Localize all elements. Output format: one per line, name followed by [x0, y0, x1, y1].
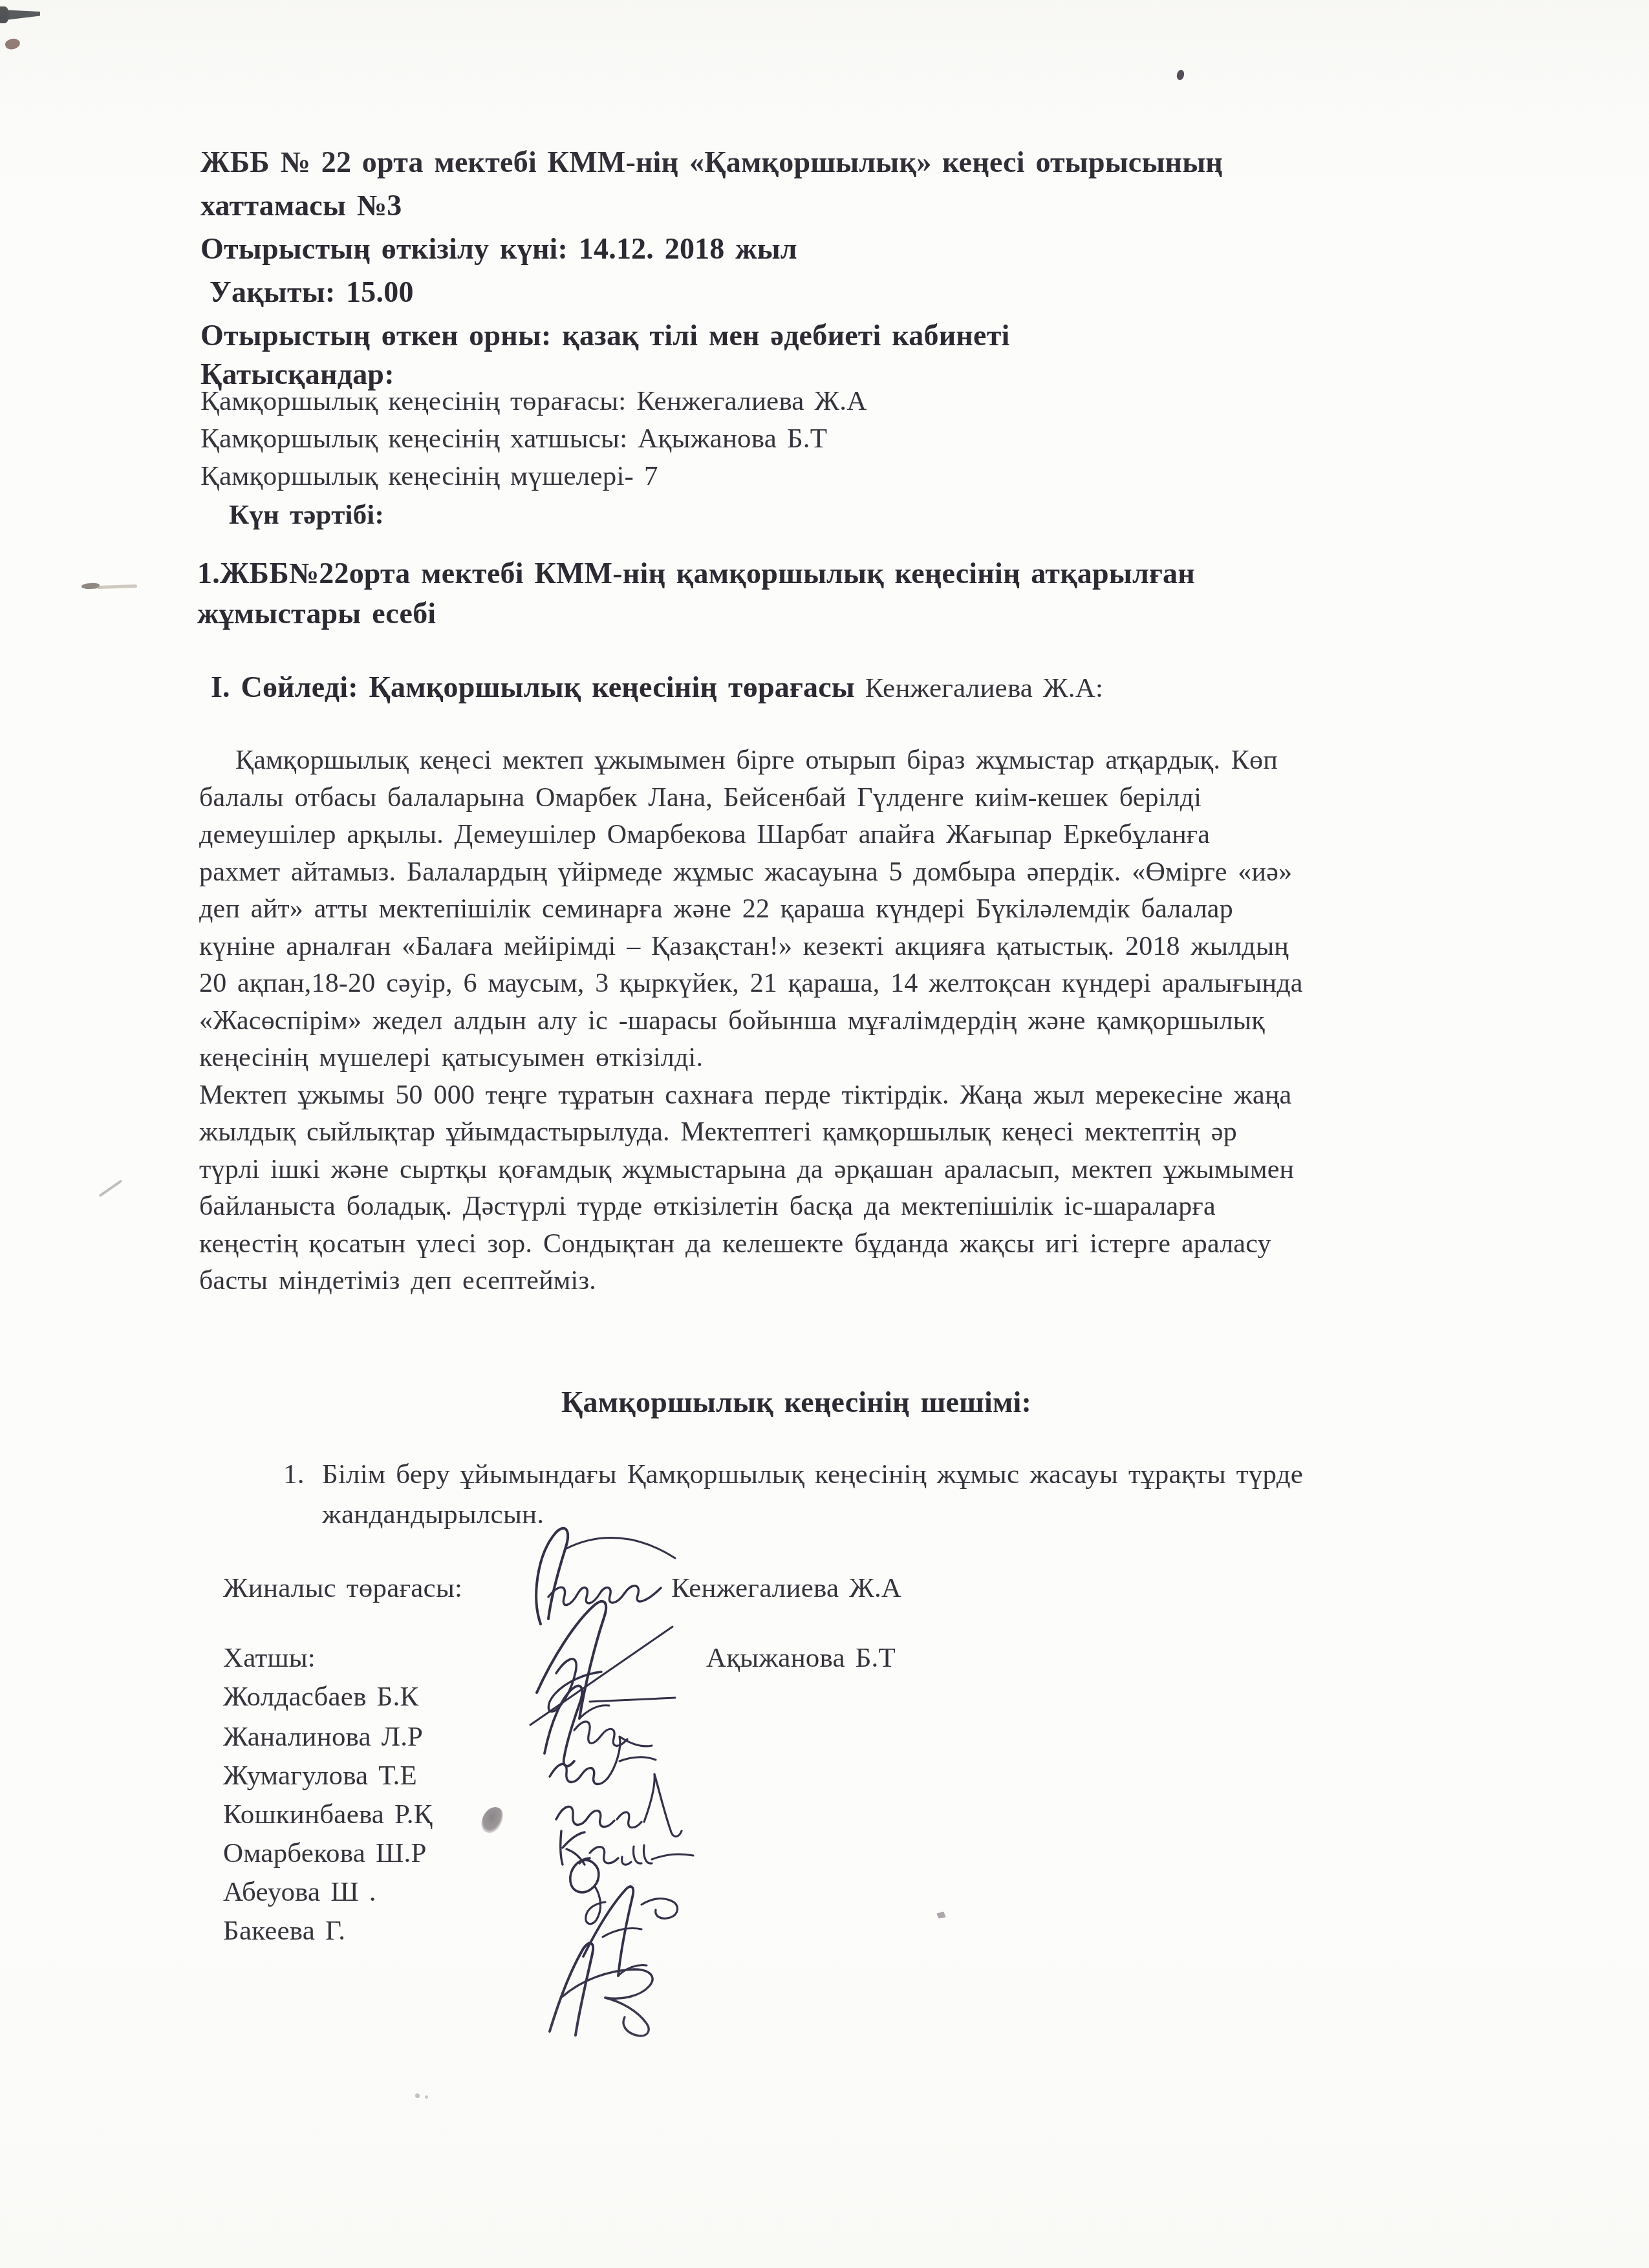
attendee-members-line: Қамқоршылық кеңесінің мүшелері- 7: [200, 460, 658, 492]
meeting-date-line: Отырыстың өткізілу күні: 14.12. 2018 жыл: [200, 231, 797, 266]
meeting-place-line: Отырыстың өткен орны: қазақ тілі мен әде…: [200, 318, 1009, 352]
chairman-signature-label: Жиналыс төрағасы:: [223, 1572, 462, 1604]
attendee-chairman-line: Қамқоршылық кеңесінің төрағасы: Кенжегал…: [200, 385, 867, 417]
speech-paragraph: Қамқоршылық кеңесі мектеп ұжымымен бірге…: [199, 742, 1557, 1300]
speaker-heading-name: Кенжегалиева Ж.А:: [855, 673, 1103, 703]
scan-artifact-speck-pair: [415, 2093, 420, 2098]
member-name: Бакеева Г.: [223, 1915, 345, 1947]
member-name: Жолдасбаев Б.К: [223, 1681, 418, 1713]
speech-line: жылдық сыйлықтар ұйымдастырылуда. Мектеп…: [199, 1114, 1557, 1151]
speech-line: байланыста боладық. Дәстүрлі түрде өткіз…: [199, 1188, 1557, 1226]
speech-line: демеушілер арқылы. Демеушілер Омарбекова…: [199, 817, 1557, 854]
signature-member-bakeeva: [530, 1934, 685, 2044]
speech-line: кеңесінің мүшелері қатысуымен өткізілді.: [199, 1040, 1557, 1077]
member-name: Кошкинбаева Р.Қ: [223, 1799, 433, 1830]
speech-line: кеңестің қосатын үлесі зор. Сондықтан да…: [199, 1226, 1557, 1263]
member-name: Абеуова Ш .: [223, 1876, 376, 1908]
speaker-heading-bold: І. Сөйледі: Қамқоршылық кеңесінің төраға…: [211, 670, 855, 703]
decision-heading: Қамқоршылық кеңесінің шешімі:: [561, 1385, 1031, 1419]
secretary-signature-name: Ақыжанова Б.Т: [706, 1642, 896, 1674]
member-name: Жумагулова Т.Е: [223, 1760, 417, 1792]
agenda-label: Күн тәртібі:: [229, 499, 384, 531]
scan-artifact-dash-tail: [97, 584, 137, 589]
decision-item-line1: Білім беру ұйымындағы Қамқоршылық кеңесі…: [322, 1459, 1303, 1490]
scan-artifact-corner-streak: [0, 8, 40, 21]
member-name: Омарбекова Ш.Р: [223, 1837, 427, 1869]
speech-line: «Жасөспірім» жедел алдын алу іс -шарасы …: [199, 1003, 1557, 1040]
scan-artifact-smudge: [479, 1804, 506, 1835]
speaker-heading: І. Сөйледі: Қамқоршылық кеңесінің төраға…: [211, 670, 1103, 704]
chairman-signature-name: Кенжегалиева Ж.А: [671, 1572, 901, 1604]
decision-item-number: 1.: [283, 1459, 305, 1490]
speech-line: басты міндетіміз деп есептейміз.: [199, 1263, 1557, 1300]
scan-artifact-ink-dot: [1176, 69, 1185, 81]
decision-item-line2: жандандырылсын.: [322, 1499, 544, 1530]
speech-line: рахмет айтамыз. Балалардың үйірмеде жұмы…: [199, 854, 1557, 892]
scan-artifact-tick: [99, 1179, 123, 1197]
member-name: Жаналинова Л.Р: [223, 1721, 423, 1753]
secretary-signature-label: Хатшы:: [223, 1642, 316, 1674]
scan-artifact-dash: [81, 583, 100, 589]
speech-line: түрлі ішкі және сыртқы қоғамдық жұмыстар…: [199, 1151, 1557, 1189]
scan-artifact-corner-blob: [0, 6, 9, 23]
speech-line: деп айт» атты мектепішілік семинарға жән…: [199, 891, 1557, 928]
speech-line: Қамқоршылық кеңесі мектеп ұжымымен бірге…: [199, 742, 1557, 780]
meeting-time-line: Уақыты: 15.00: [210, 275, 414, 309]
doc-title-line1: ЖББ № 22 орта мектебі КММ-нің «Қамқоршыл…: [200, 145, 1223, 179]
scanned-protocol-page: ЖББ № 22 орта мектебі КММ-нің «Қамқоршыл…: [0, 0, 1649, 2268]
agenda-item-line1: 1.ЖББ№22орта мектебі КММ-нің қамқоршылық…: [197, 556, 1195, 590]
speech-line: балалы отбасы балаларына Омарбек Лана, Б…: [199, 780, 1557, 817]
speech-line: күніне арналған «Балаға мейірімді – Қаза…: [199, 928, 1557, 966]
scan-artifact-speck-gray: [936, 1910, 947, 1920]
agenda-item-line2: жұмыстары есебі: [197, 596, 436, 630]
doc-title-line2: хаттамасы №3: [200, 188, 402, 222]
speech-line: 20 ақпан,18-20 сәуір, 6 маусым, 3 қыркүй…: [199, 965, 1557, 1003]
speech-line: Мектеп ұжымы 50 000 теңге тұратын сахнағ…: [199, 1077, 1557, 1115]
scan-artifact-speck: [4, 37, 21, 50]
attendee-secretary-line: Қамқоршылық кеңесінің хатшысы: Ақыжанова…: [200, 423, 827, 455]
